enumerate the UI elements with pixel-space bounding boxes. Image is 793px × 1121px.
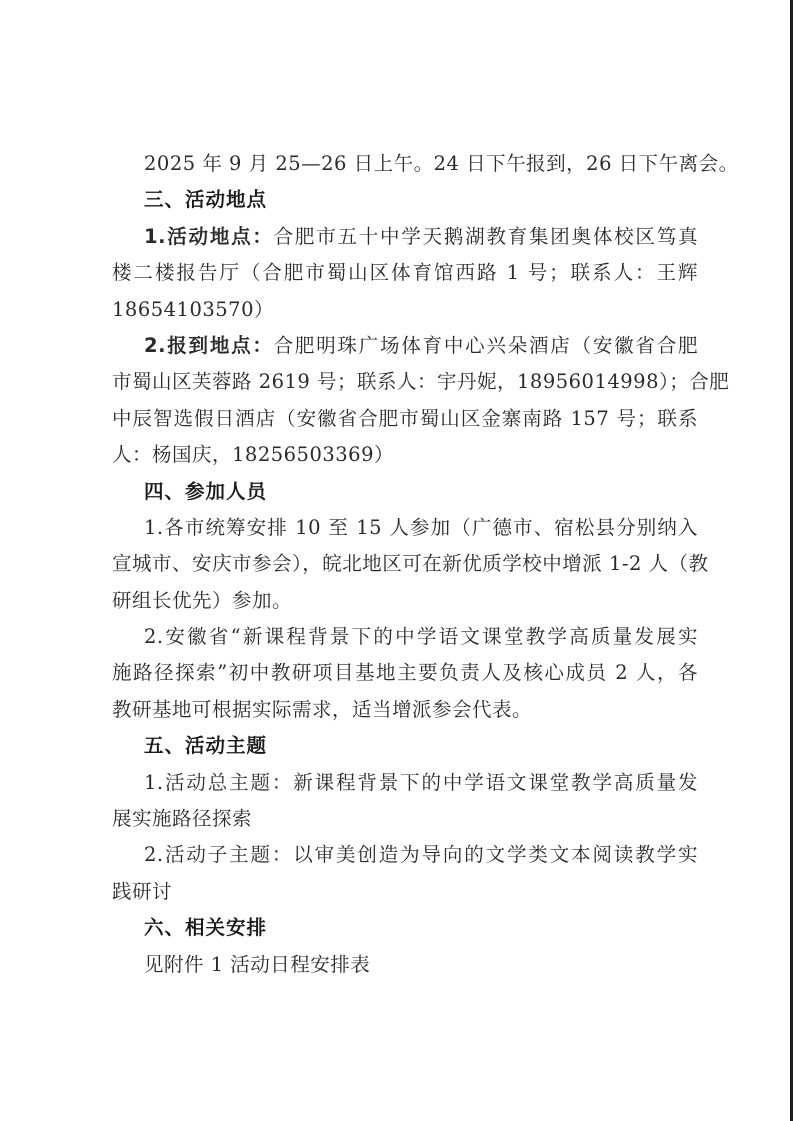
section-heading-theme: 五、活动主题 — [112, 728, 698, 764]
checkin-line-2: 市蜀山区芙蓉路 2619 号；联系人：宇丹妮，18956014998）；合肥 — [112, 364, 698, 400]
venue-line-3: 18654103570） — [112, 292, 698, 328]
participants-1-line-2: 宣城市、安庆市参会），皖北地区可在新优质学校中增派 1-2 人（教 — [112, 546, 698, 582]
participants-2-line-2: 施路径探索”初中教研项目基地主要负责人及核心成员 2 人，各 — [112, 655, 698, 691]
theme-main-line-1: 1.活动总主题：新课程背景下的中学语文课堂教学高质量发 — [112, 765, 698, 801]
section-heading-arrangements: 六、相关安排 — [112, 910, 698, 946]
checkin-line-4: 人：杨国庆，18256503369） — [112, 437, 698, 473]
venue-line-1: 1.活动地点：合肥市五十中学天鹅湖教育集团奥体校区笃真 — [112, 219, 698, 255]
schedule-time-line: 2025 年 9 月 25—26 日上午。24 日下午报到，26 日下午离会。 — [112, 146, 698, 182]
participants-2-line-1: 2.安徽省“新课程背景下的中学语文课堂教学高质量发展实 — [112, 619, 698, 655]
participants-1-line-1: 1.各市统筹安排 10 至 15 人参加（广德市、宿松县分别纳入 — [112, 510, 698, 546]
participants-1-line-3: 研组长优先）参加。 — [112, 583, 698, 619]
checkin-line-1: 2.报到地点：合肥明珠广场体育中心兴朵酒店（安徽省合肥 — [112, 328, 698, 364]
arrangements-line: 见附件 1 活动日程安排表 — [112, 947, 698, 983]
theme-sub-line-2: 践研讨 — [112, 874, 698, 910]
venue-text: 合肥市五十中学天鹅湖教育集团奥体校区笃真 — [274, 225, 698, 248]
theme-main-line-2: 展实施路径探索 — [112, 801, 698, 837]
participants-2-line-3: 教研基地可根据实际需求，适当增派参会代表。 — [112, 692, 698, 728]
checkin-label: 2.报到地点： — [144, 334, 274, 357]
venue-line-2: 楼二楼报告厅（合肥市蜀山区体育馆西路 1 号；联系人：王辉 — [112, 255, 698, 291]
venue-label: 1.活动地点： — [144, 225, 274, 248]
checkin-line-3: 中辰智选假日酒店（安徽省合肥市蜀山区金寨南路 157 号；联系 — [112, 401, 698, 437]
document-page: 2025 年 9 月 25—26 日上午。24 日下午报到，26 日下午离会。 … — [112, 146, 698, 983]
checkin-text: 合肥明珠广场体育中心兴朵酒店（安徽省合肥 — [274, 334, 698, 357]
section-heading-participants: 四、参加人员 — [112, 474, 698, 510]
section-heading-venue: 三、活动地点 — [112, 182, 698, 218]
theme-sub-line-1: 2.活动子主题：以审美创造为导向的文学类文本阅读教学实 — [112, 837, 698, 873]
